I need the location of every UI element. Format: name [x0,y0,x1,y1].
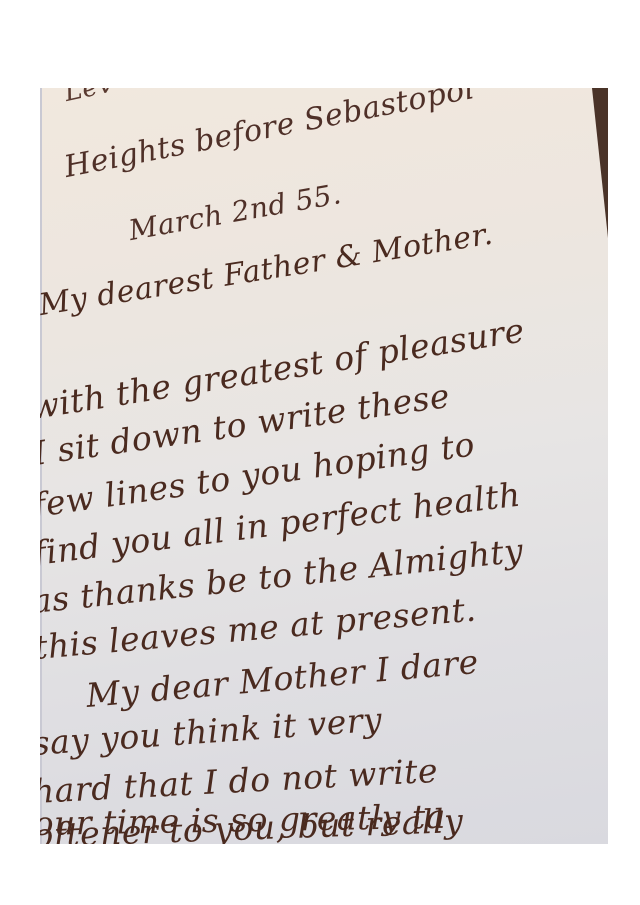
letter-date: March 2nd 55. [126,177,344,247]
page-shadow [592,88,608,238]
body-line: our time is so greatly ta [40,797,446,843]
top-fragment-text: Lev [62,88,116,108]
letter-salutation: My dearest Father & Mother. [40,217,495,323]
letter-place: Heights before Sebastopol [61,88,477,185]
letter-photograph: Lev Heights before Sebastopol March 2nd … [40,88,608,844]
